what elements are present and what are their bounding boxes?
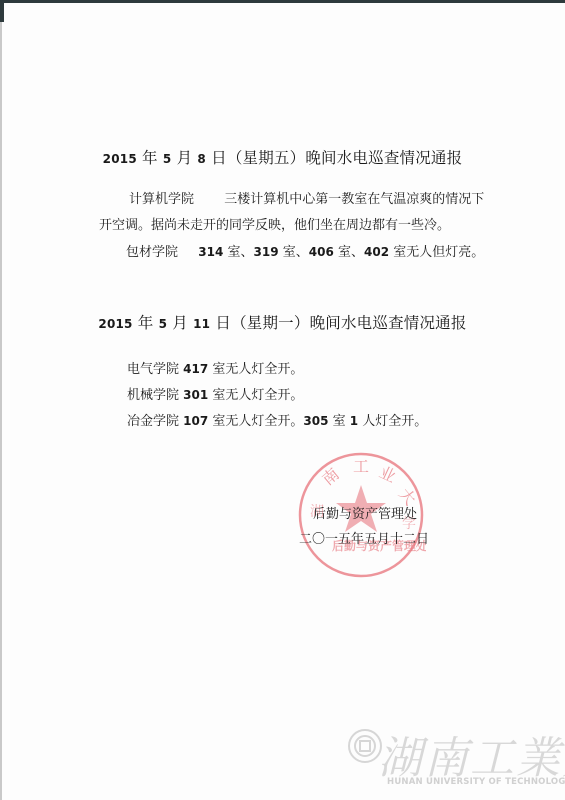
- heading-month-label: 月: [172, 314, 188, 332]
- room-number: 319: [254, 245, 279, 259]
- room-suffix: 室: [338, 245, 351, 260]
- room-number: 402: [364, 245, 389, 259]
- heading-year-label: 年: [138, 314, 154, 332]
- scan-edge-corner: [0, 0, 4, 22]
- room-suffix: 室: [228, 245, 241, 260]
- college-name: 机械学院: [127, 388, 179, 403]
- issuing-office: 后勤与资产管理处: [313, 503, 417, 522]
- heading-day-label: 日: [215, 314, 231, 332]
- report-item-computer-cont: 开空调。据尚未走开的同学反映，他们坐在周边都有一些冷。: [99, 214, 450, 233]
- room-number: 314: [198, 245, 223, 259]
- section2-heading: 2015 年 5 月 11 日（星期一）晚间水电巡查情况通报: [0, 311, 565, 333]
- college-name: 包材学院: [126, 245, 178, 260]
- person-count: 1: [350, 414, 358, 428]
- room-suffix: 室: [283, 245, 296, 260]
- report-item-computer: 计算机学院 三楼计算机中心第一教室在气温凉爽的情况下: [129, 188, 484, 207]
- issue-date: 二〇一五年五月十二日: [299, 528, 429, 547]
- heading-year-label: 年: [142, 149, 158, 167]
- heading-month: 5: [159, 317, 168, 331]
- report-item-electrical: 电气学院 417 室无人灯全开。: [127, 358, 303, 377]
- scan-edge-top: [0, 0, 565, 3]
- report-text: 室: [333, 414, 346, 429]
- room-number: 406: [309, 245, 334, 259]
- scan-edge-left: [0, 0, 2, 800]
- college-name: 冶金学院: [127, 414, 179, 429]
- report-text: 室无人灯全开。: [212, 414, 303, 429]
- report-item-mechanical: 机械学院 301 室无人灯全开。: [127, 384, 303, 403]
- heading-rest: （星期五）晚间水电巡查情况通报: [227, 149, 463, 167]
- report-text: 开空调。据尚未走开的同学反映，他们坐在周边都有一些冷。: [99, 218, 450, 233]
- heading-day: 11: [193, 317, 210, 331]
- separator: 、: [351, 245, 364, 260]
- report-text: 三楼计算机中心第一教室在气温凉爽的情况下: [224, 192, 484, 207]
- heading-month: 5: [163, 152, 172, 166]
- heading-rest: （星期一）晚间水电巡查情况通报: [231, 314, 467, 332]
- heading-month-label: 月: [177, 149, 193, 167]
- report-text: 室无人灯全开。: [212, 388, 303, 403]
- report-text: 室无人灯全开。: [212, 362, 303, 377]
- room-number: 107: [183, 414, 208, 428]
- room-number: 305: [303, 414, 328, 428]
- report-text: 人灯全开。: [362, 414, 427, 429]
- section1-heading: 2015 年 5 月 8 日（星期五）晚间水电巡查情况通报: [0, 146, 565, 168]
- room-number: 301: [183, 388, 208, 402]
- heading-year: 2015: [103, 152, 137, 166]
- college-name: 计算机学院: [129, 192, 194, 207]
- report-item-metallurgy: 冶金学院 107 室无人灯全开。305 室 1 人灯全开。: [127, 410, 427, 429]
- heading-year: 2015: [98, 317, 132, 331]
- separator: 、: [296, 245, 309, 260]
- college-name: 电气学院: [127, 362, 179, 377]
- university-logo-en: HUNAN UNIVERSITY OF TECHNOLOGY: [387, 777, 565, 787]
- report-item-packaging: 包材学院 314 室、319 室、406 室、402 室无人但灯亮。: [126, 241, 484, 260]
- room-number: 417: [183, 362, 208, 376]
- heading-day: 8: [197, 152, 206, 166]
- separator: 、: [241, 245, 254, 260]
- report-text: 室无人但灯亮。: [393, 245, 484, 260]
- svg-text:工: 工: [353, 457, 369, 476]
- heading-day-label: 日: [211, 149, 227, 167]
